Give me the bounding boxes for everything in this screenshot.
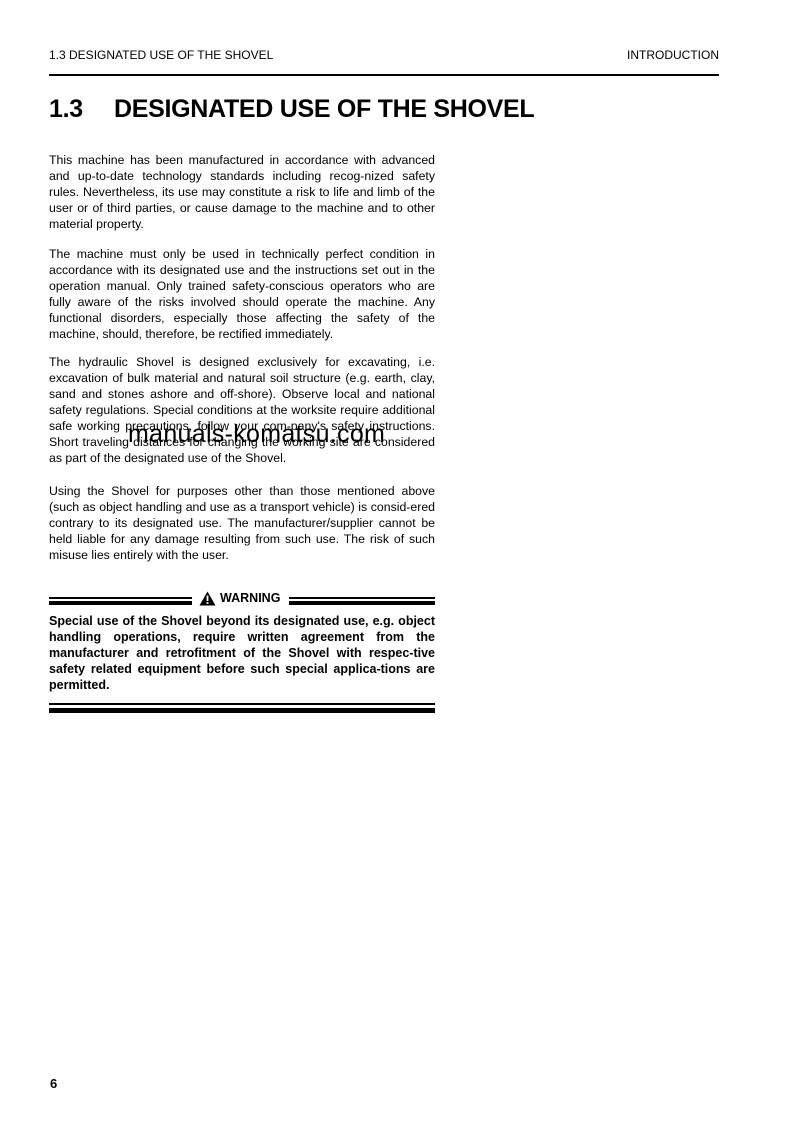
header-divider — [49, 74, 719, 76]
paragraph-designated-use: The hydraulic Shovel is designed exclusi… — [49, 354, 435, 466]
running-header: 1.3 DESIGNATED USE OF THE SHOVEL INTRODU… — [49, 47, 719, 63]
paragraph-text: The machine must only be used in technic… — [49, 246, 435, 342]
warning-label: WARNING — [199, 589, 280, 607]
paragraph-manufacture: This machine has been manufactured in ac… — [49, 152, 435, 232]
paragraph-condition: The machine must only be used in technic… — [49, 246, 435, 342]
section-number: 1.3 — [49, 94, 114, 124]
page-number: 6 — [50, 1076, 57, 1091]
section-title-text: DESIGNATED USE OF THE SHOVEL — [114, 95, 534, 123]
running-header-chapter: INTRODUCTION — [627, 47, 719, 63]
paragraph-text: The hydraulic Shovel is designed exclusi… — [49, 354, 435, 466]
paragraph-text: Using the Shovel for purposes other than… — [49, 483, 435, 563]
warning-rule-left — [49, 597, 192, 605]
warning-rule-right — [289, 597, 435, 605]
warning-header: WARNING — [49, 589, 435, 607]
warning-text: Special use of the Shovel beyond its des… — [49, 613, 435, 693]
warning-label-text: WARNING — [220, 591, 280, 605]
page-title: 1.3DESIGNATED USE OF THE SHOVEL — [49, 94, 534, 124]
watermark: manuals-komatsu.com — [128, 419, 385, 449]
paragraph-misuse: Using the Shovel for purposes other than… — [49, 483, 435, 563]
warning-triangle-icon — [199, 591, 216, 606]
warning-footer-rule — [49, 703, 435, 713]
running-header-section: 1.3 DESIGNATED USE OF THE SHOVEL — [49, 47, 273, 63]
paragraph-text: This machine has been manufactured in ac… — [49, 152, 435, 232]
